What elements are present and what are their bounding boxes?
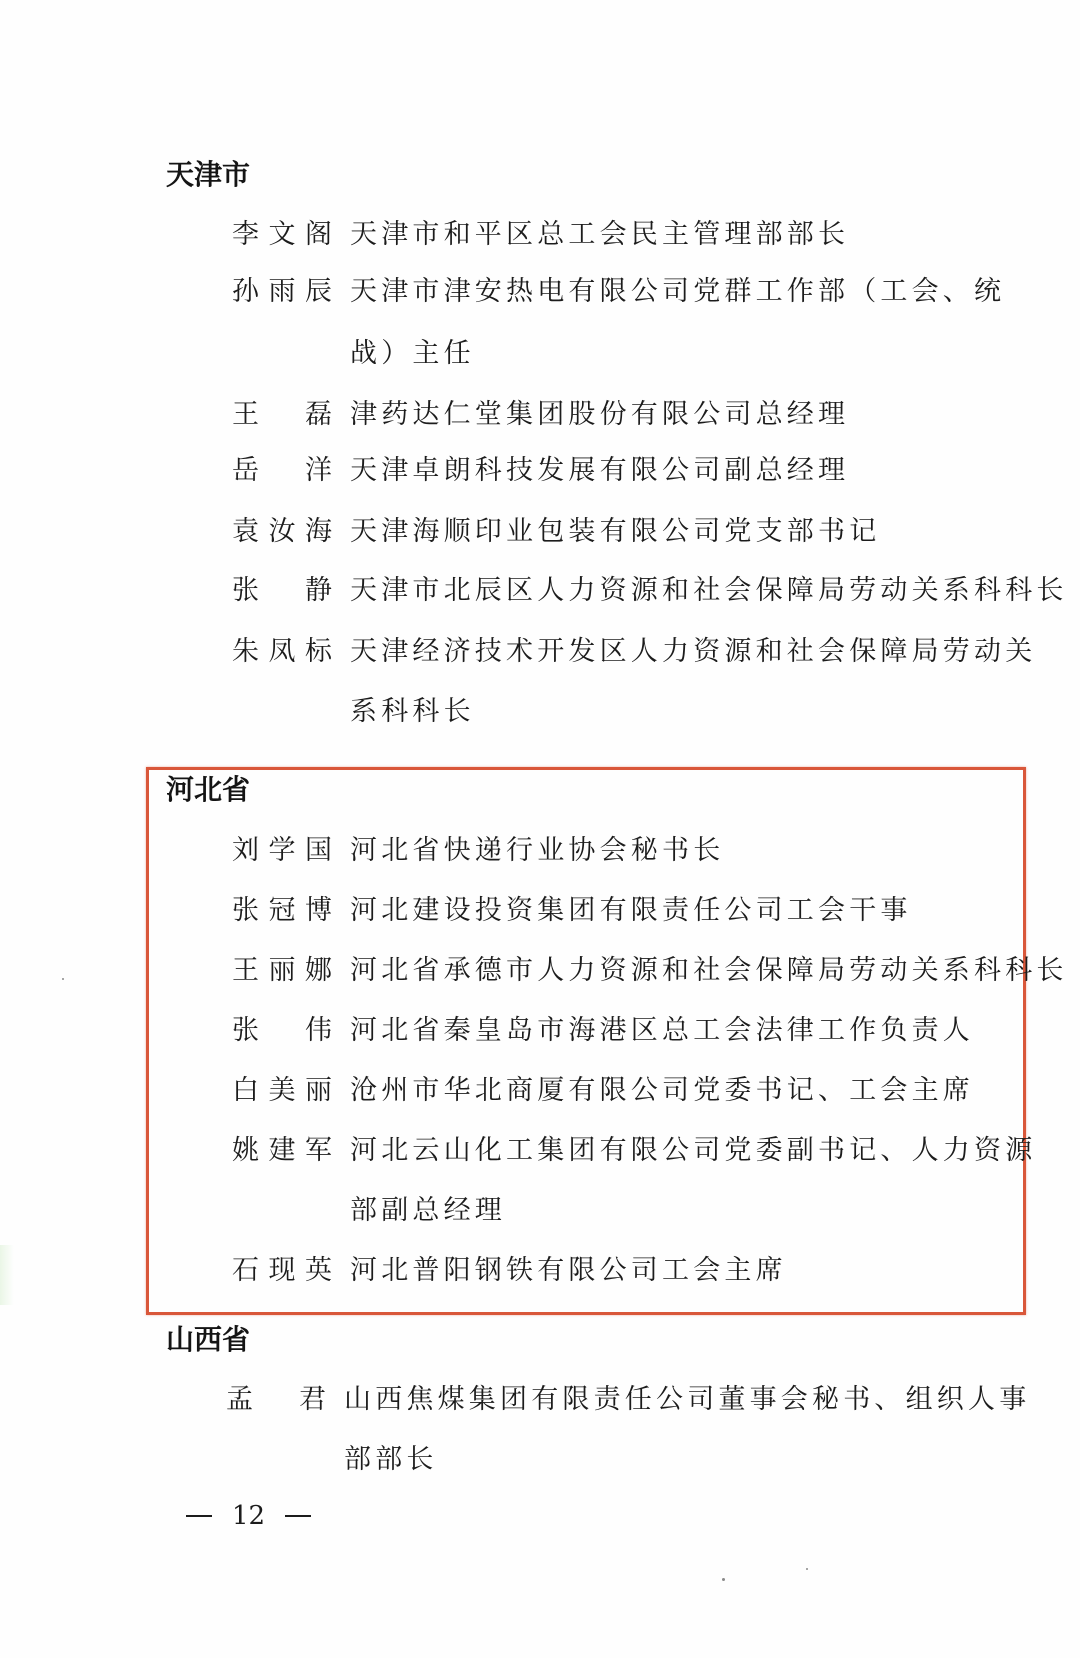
section-title-hebei: 河北省: [166, 773, 250, 807]
dash-left: [186, 1515, 212, 1517]
entry-description: 天津市北辰区人力资源和社会保障局劳动关系科科长: [350, 571, 1068, 611]
scan-speck: [806, 1568, 808, 1570]
entry-name: 孟 君: [226, 1380, 326, 1420]
scan-speck: [62, 978, 64, 980]
entry-description: 河北云山化工集团有限公司党委副书记、人力资源: [350, 1131, 1036, 1171]
entry-description: 河北省承德市人力资源和社会保障局劳动关系科科长: [350, 951, 1068, 991]
entry-description: 天津市津安热电有限公司党群工作部（工会、统: [350, 272, 1005, 312]
scan-edge-tint: [0, 1245, 14, 1305]
entry-description: 河北省秦皇岛市海港区总工会法律工作负责人: [350, 1011, 974, 1051]
entry-name: 岳 洋: [232, 451, 332, 491]
document-page: 天津市 李 文 阁 天津市和平区总工会民主管理部部长 孙 雨 辰 天津市津安热电…: [0, 0, 1080, 1658]
entry-description: 津药达仁堂集团股份有限公司总经理: [350, 395, 849, 435]
entry-name: 张 静: [232, 571, 332, 611]
entry-name: 刘 学 国: [232, 831, 332, 871]
entry-description-continued: 部副总经理: [350, 1191, 506, 1231]
entry-description: 河北省快递行业协会秘书长: [350, 831, 724, 871]
entry-name: 白 美 丽: [232, 1071, 332, 1111]
entry-description: 天津市和平区总工会民主管理部部长: [350, 215, 849, 255]
entry-name: 朱 凤 标: [232, 632, 332, 672]
entry-description: 天津卓朗科技发展有限公司副总经理: [350, 451, 849, 491]
entry-name: 石 现 英: [232, 1251, 332, 1291]
scan-speck: [722, 1578, 725, 1581]
section-title-tianjin: 天津市: [166, 158, 250, 192]
entry-name: 王 丽 娜: [232, 951, 332, 991]
section-title-shanxi: 山西省: [166, 1323, 250, 1357]
page-number: 12: [186, 1500, 311, 1532]
entry-description-continued: 系科科长: [350, 692, 475, 732]
entry-description-continued: 部部长: [344, 1440, 438, 1480]
entry-name: 李 文 阁: [232, 215, 332, 255]
entry-description: 山西焦煤集团有限责任公司董事会秘书、组织人事: [344, 1380, 1030, 1420]
dash-right: [285, 1515, 311, 1517]
entry-description: 河北普阳钢铁有限公司工会主席: [350, 1251, 787, 1291]
entry-name: 孙 雨 辰: [232, 272, 332, 312]
entry-description: 河北建设投资集团有限责任公司工会干事: [350, 891, 912, 931]
entry-description-continued: 战）主任: [350, 334, 475, 374]
entry-description: 沧州市华北商厦有限公司党委书记、工会主席: [350, 1071, 974, 1111]
entry-name: 张 冠 博: [232, 891, 332, 931]
entry-name: 张 伟: [232, 1011, 332, 1051]
entry-name: 袁 汝 海: [232, 512, 332, 552]
entry-name: 王 磊: [232, 395, 332, 435]
entry-name: 姚 建 军: [232, 1131, 332, 1171]
entry-description: 天津经济技术开发区人力资源和社会保障局劳动关: [350, 632, 1036, 672]
entry-description: 天津海顺印业包装有限公司党支部书记: [350, 512, 880, 552]
